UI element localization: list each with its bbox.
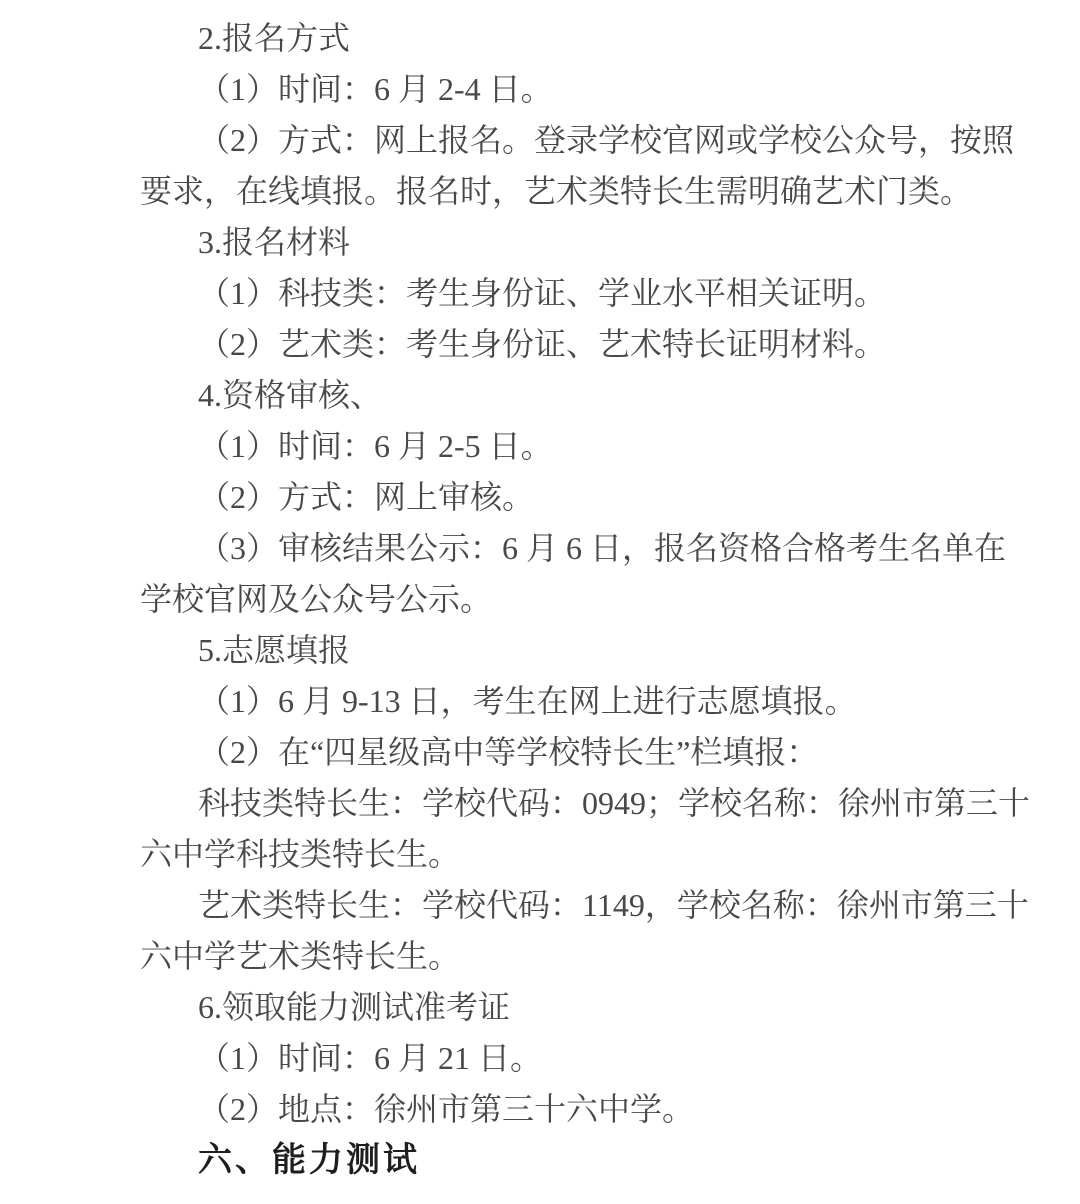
doc-line-art-code: 艺术类特长生：学校代码：1149，学校名称：徐州市第三十: [140, 880, 1050, 931]
doc-line-3-2-art: （2）艺术类：考生身份证、艺术特长证明材料。: [140, 319, 1050, 370]
section-heading-ability-test: 六、能力测试: [140, 1135, 1050, 1186]
doc-line-2-1-time: （1）时间：6 月 2-4 日。: [140, 64, 1050, 115]
doc-line-item-4: 4.资格审核、: [140, 370, 1050, 421]
doc-line-4-2-method: （2）方式：网上审核。: [140, 472, 1050, 523]
doc-line-item-6: 6.领取能力测试准考证: [140, 982, 1050, 1033]
doc-line-2-2-cont: 要求，在线填报。报名时，艺术类特长生需明确艺术门类。: [140, 166, 1050, 217]
doc-line-2-2-method: （2）方式：网上报名。登录学校官网或学校公众号，按照: [140, 115, 1050, 166]
doc-line-6-2-place: （2）地点：徐州市第三十六中学。: [140, 1084, 1050, 1135]
doc-line-4-1-time: （1）时间：6 月 2-5 日。: [140, 421, 1050, 472]
doc-line-tech-cont: 六中学科技类特长生。: [140, 829, 1050, 880]
doc-line-5-2-column: （2）在“四星级高中等学校特长生”栏填报：: [140, 727, 1050, 778]
doc-line-item-2: 2.报名方式: [140, 13, 1050, 64]
document-page: 2.报名方式 （1）时间：6 月 2-4 日。 （2）方式：网上报名。登录学校官…: [0, 0, 1080, 1204]
doc-line-item-5: 5.志愿填报: [140, 625, 1050, 676]
doc-line-6-1-time: （1）时间：6 月 21 日。: [140, 1033, 1050, 1084]
doc-line-art-cont: 六中学艺术类特长生。: [140, 931, 1050, 982]
doc-line-tech-code: 科技类特长生：学校代码：0949；学校名称：徐州市第三十: [140, 778, 1050, 829]
doc-line-5-1-date: （1）6 月 9-13 日，考生在网上进行志愿填报。: [140, 676, 1050, 727]
doc-line-4-3-publicity: （3）审核结果公示：6 月 6 日，报名资格合格考生名单在: [140, 523, 1050, 574]
doc-line-3-1-tech: （1）科技类：考生身份证、学业水平相关证明。: [140, 268, 1050, 319]
doc-line-4-3-cont: 学校官网及公众号公示。: [140, 574, 1050, 625]
doc-line-item-3: 3.报名材料: [140, 217, 1050, 268]
